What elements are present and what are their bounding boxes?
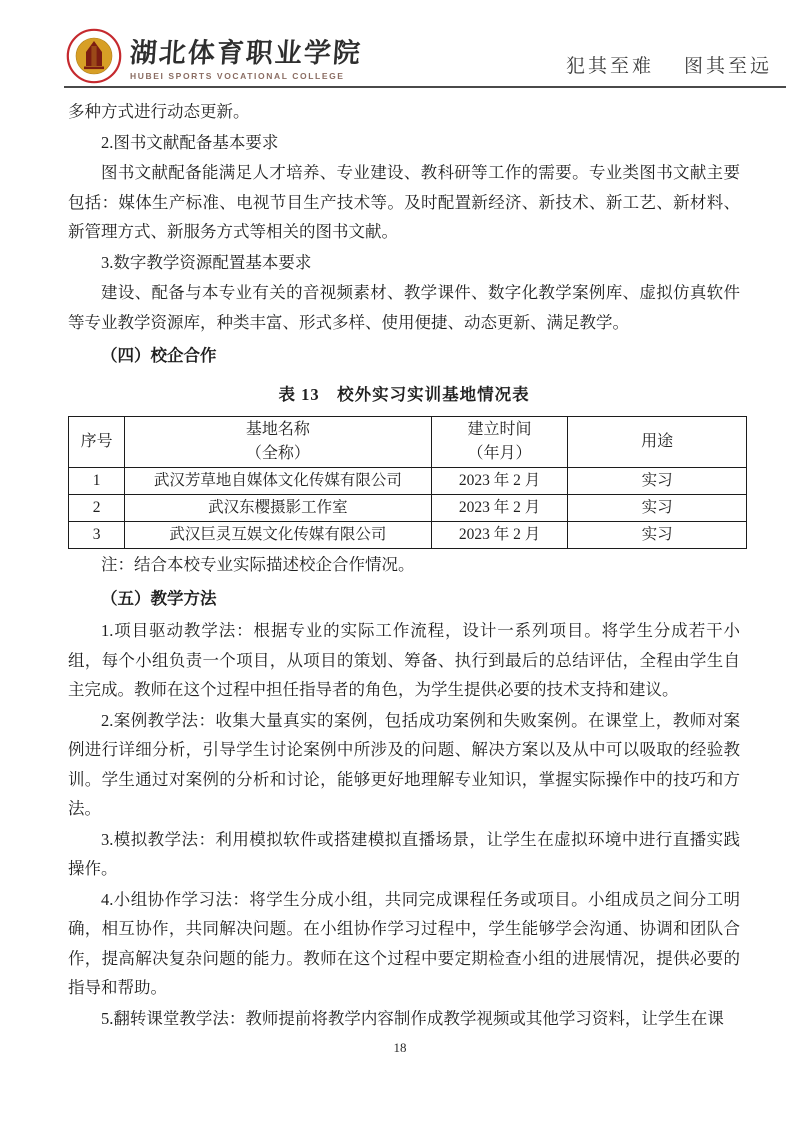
section-before-table: 多种方式进行动态更新。2.图书文献配备基本要求图书文献配备能满足人才培养、专业建… bbox=[68, 97, 740, 371]
table-cell: 实习 bbox=[568, 468, 746, 495]
table-cell: 实习 bbox=[568, 522, 746, 549]
section-after-table: （五）教学方法1.项目驱动教学法：根据专业的实际工作流程，设计一系列项目。将学生… bbox=[68, 584, 740, 1034]
section-heading: （四）校企合作 bbox=[68, 341, 740, 371]
table-note: 注：结合本校专业实际描述校企合作情况。 bbox=[68, 550, 740, 580]
college-seal-icon bbox=[66, 28, 122, 84]
column-header-line: 序号 bbox=[71, 430, 122, 454]
column-header-line: 建立时间 bbox=[434, 418, 566, 442]
table-cell: 2023 年 2 月 bbox=[431, 495, 568, 522]
paragraph: 3.数字教学资源配置基本要求 bbox=[68, 248, 740, 278]
page-header: 湖北体育职业学院 HUBEI SPORTS VOCATIONAL COLLEGE… bbox=[64, 0, 786, 88]
table-header-row: 序号基地名称（全称）建立时间（年月）用途 bbox=[69, 417, 747, 468]
college-logo: 湖北体育职业学院 HUBEI SPORTS VOCATIONAL COLLEGE bbox=[66, 28, 362, 84]
column-header-line: （全称） bbox=[127, 442, 428, 466]
college-name-block: 湖北体育职业学院 HUBEI SPORTS VOCATIONAL COLLEGE bbox=[130, 31, 362, 81]
table-cell: 2023 年 2 月 bbox=[431, 522, 568, 549]
table-row: 2武汉东樱摄影工作室2023 年 2 月实习 bbox=[69, 495, 747, 522]
paragraph: 建设、配备与本专业有关的音视频素材、教学课件、数字化教学案例库、虚拟仿真软件等专… bbox=[68, 278, 740, 337]
paragraph: 4.小组协作学习法：将学生分成小组，共同完成课程任务或项目。小组成员之间分工明确… bbox=[68, 885, 740, 1003]
section-heading: （五）教学方法 bbox=[68, 584, 740, 614]
paragraph: 2.图书文献配备基本要求 bbox=[68, 128, 740, 158]
paragraph: 2.案例教学法：收集大量真实的案例，包括成功案例和失败案例。在课堂上，教师对案例… bbox=[68, 706, 740, 824]
paragraph: 3.模拟教学法：利用模拟软件或搭建模拟直播场景，让学生在虚拟环境中进行直播实践操… bbox=[68, 825, 740, 884]
motto-right: 图其至远 bbox=[684, 56, 772, 77]
table-row: 3武汉巨灵互娱文化传媒有限公司2023 年 2 月实习 bbox=[69, 522, 747, 549]
table-cell: 3 bbox=[69, 522, 125, 549]
college-name-english: HUBEI SPORTS VOCATIONAL COLLEGE bbox=[130, 71, 362, 81]
table-cell: 2023 年 2 月 bbox=[431, 468, 568, 495]
table-cell: 武汉东樱摄影工作室 bbox=[125, 495, 431, 522]
table-cell: 实习 bbox=[568, 495, 746, 522]
table-caption: 表 13 校外实习实训基地情况表 bbox=[68, 380, 740, 410]
table-row: 1武汉芳草地自媒体文化传媒有限公司2023 年 2 月实习 bbox=[69, 468, 747, 495]
college-motto: 犯其至难图其至远 bbox=[566, 51, 772, 78]
motto-left: 犯其至难 bbox=[566, 56, 654, 77]
column-header: 序号 bbox=[69, 417, 125, 468]
training-base-table: 序号基地名称（全称）建立时间（年月）用途1武汉芳草地自媒体文化传媒有限公司202… bbox=[68, 416, 747, 549]
paragraph: 5.翻转课堂教学法：教师提前将教学内容制作成教学视频或其他学习资料，让学生在课 bbox=[68, 1004, 740, 1034]
paragraph: 1.项目驱动教学法：根据专业的实际工作流程，设计一系列项目。将学生分成若干小组，… bbox=[68, 616, 740, 705]
column-header-line: 基地名称 bbox=[127, 418, 428, 442]
column-header-line: （年月） bbox=[434, 442, 566, 466]
table-cell: 武汉芳草地自媒体文化传媒有限公司 bbox=[125, 468, 431, 495]
document-body: 多种方式进行动态更新。2.图书文献配备基本要求图书文献配备能满足人才培养、专业建… bbox=[0, 88, 800, 1033]
document-page: 湖北体育职业学院 HUBEI SPORTS VOCATIONAL COLLEGE… bbox=[0, 0, 800, 1131]
table-cell: 1 bbox=[69, 468, 125, 495]
column-header: 建立时间（年月） bbox=[431, 417, 568, 468]
column-header-line: 用途 bbox=[570, 430, 743, 454]
column-header: 用途 bbox=[568, 417, 746, 468]
table-cell: 2 bbox=[69, 495, 125, 522]
table-cell: 武汉巨灵互娱文化传媒有限公司 bbox=[125, 522, 431, 549]
column-header: 基地名称（全称） bbox=[125, 417, 431, 468]
paragraph: 多种方式进行动态更新。 bbox=[68, 97, 740, 127]
paragraph: 图书文献配备能满足人才培养、专业建设、教科研等工作的需要。专业类图书文献主要包括… bbox=[68, 158, 740, 247]
page-number: 18 bbox=[0, 1040, 800, 1056]
college-name-chinese: 湖北体育职业学院 bbox=[129, 31, 364, 70]
